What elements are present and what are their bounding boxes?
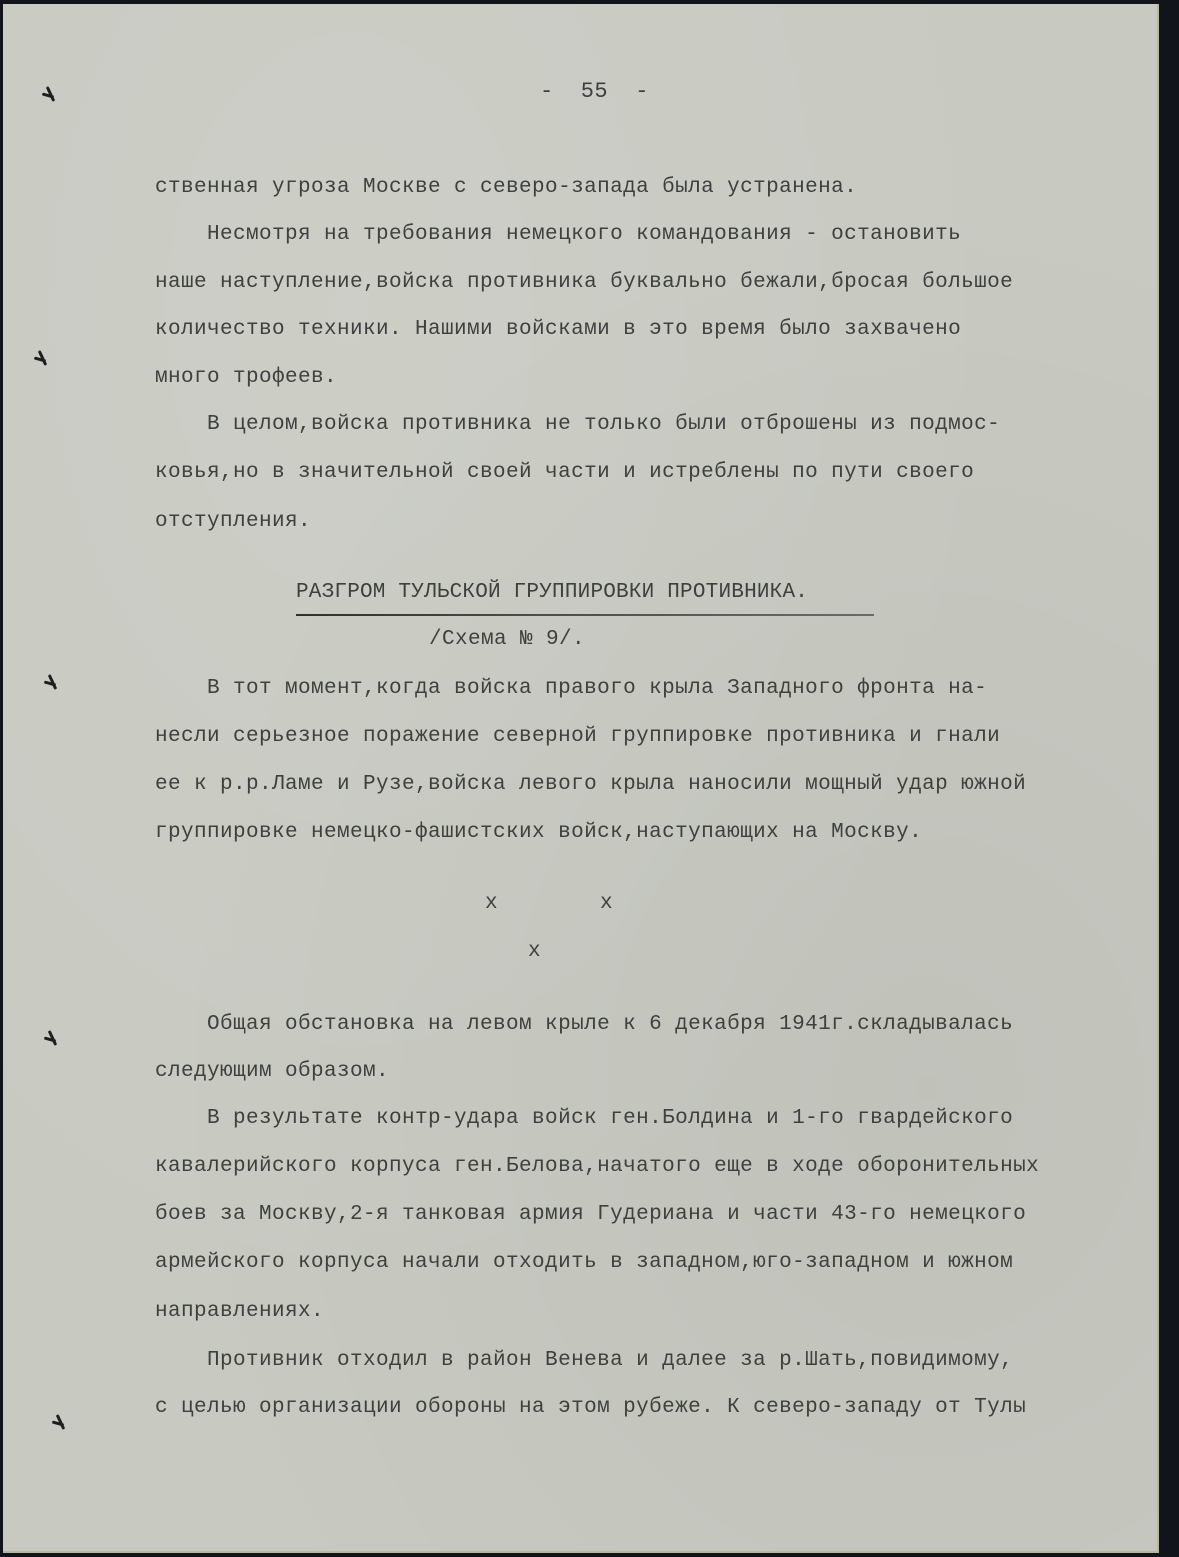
section-subheading: /Схема № 9/. [429, 629, 585, 650]
separator-mark: x [600, 893, 613, 914]
text-line: кавалерийского корпуса ген.Белова,начато… [155, 1156, 1039, 1177]
punch-hole-mark [41, 1028, 63, 1050]
separator-mark: x [485, 893, 498, 914]
text-line: боев за Москву,2-я танковая армия Гудери… [155, 1204, 1026, 1225]
text-line: ковья,но в значительной своей части и ис… [155, 462, 974, 483]
text-line: В целом,войска противника не только были… [155, 414, 1000, 435]
text-line: Общая обстановка на левом крыле к 6 дека… [155, 1014, 1013, 1035]
text-line: Противник отходил в район Венева и далее… [155, 1350, 1013, 1371]
text-line: отступления. [155, 511, 311, 532]
separator-mark: x [528, 941, 541, 962]
text-line: следующим образом. [155, 1061, 389, 1082]
text-line: несли серьезное поражение северной групп… [155, 726, 1000, 747]
punch-hole-mark [39, 84, 61, 106]
text-line: ее к р.р.Ламе и Рузе,войска левого крыла… [155, 774, 1026, 795]
heading-underline [296, 614, 874, 616]
punch-hole-mark [49, 1412, 71, 1434]
text-line: В тот момент,когда войска правого крыла … [155, 678, 987, 699]
document-page: - 55 - ственная угроза Москве с северо-з… [3, 4, 1159, 1553]
punch-hole-mark [41, 672, 63, 694]
text-line: армейского корпуса начали отходить в зап… [155, 1252, 1013, 1273]
punch-hole-mark [31, 348, 53, 370]
text-line: направлениях. [155, 1301, 324, 1322]
text-line: группировке немецко-фашистских войск,нас… [155, 822, 922, 843]
page-number: - 55 - [540, 81, 649, 103]
section-heading: РАЗГРОМ ТУЛЬСКОЙ ГРУППИРОВКИ ПРОТИВНИКА. [296, 582, 808, 603]
text-line: В результате контр-удара войск ген.Болди… [155, 1108, 1013, 1129]
text-line: с целью организации обороны на этом рубе… [155, 1397, 1026, 1418]
text-line: количество техники. Нашими войсками в эт… [155, 319, 961, 340]
text-line: Несмотря на требования немецкого командо… [155, 224, 961, 245]
text-line: наше наступление,войска противника буква… [155, 272, 1013, 293]
text-line: много трофеев. [155, 367, 337, 388]
text-line: ственная угроза Москве с северо-запада б… [155, 177, 857, 198]
